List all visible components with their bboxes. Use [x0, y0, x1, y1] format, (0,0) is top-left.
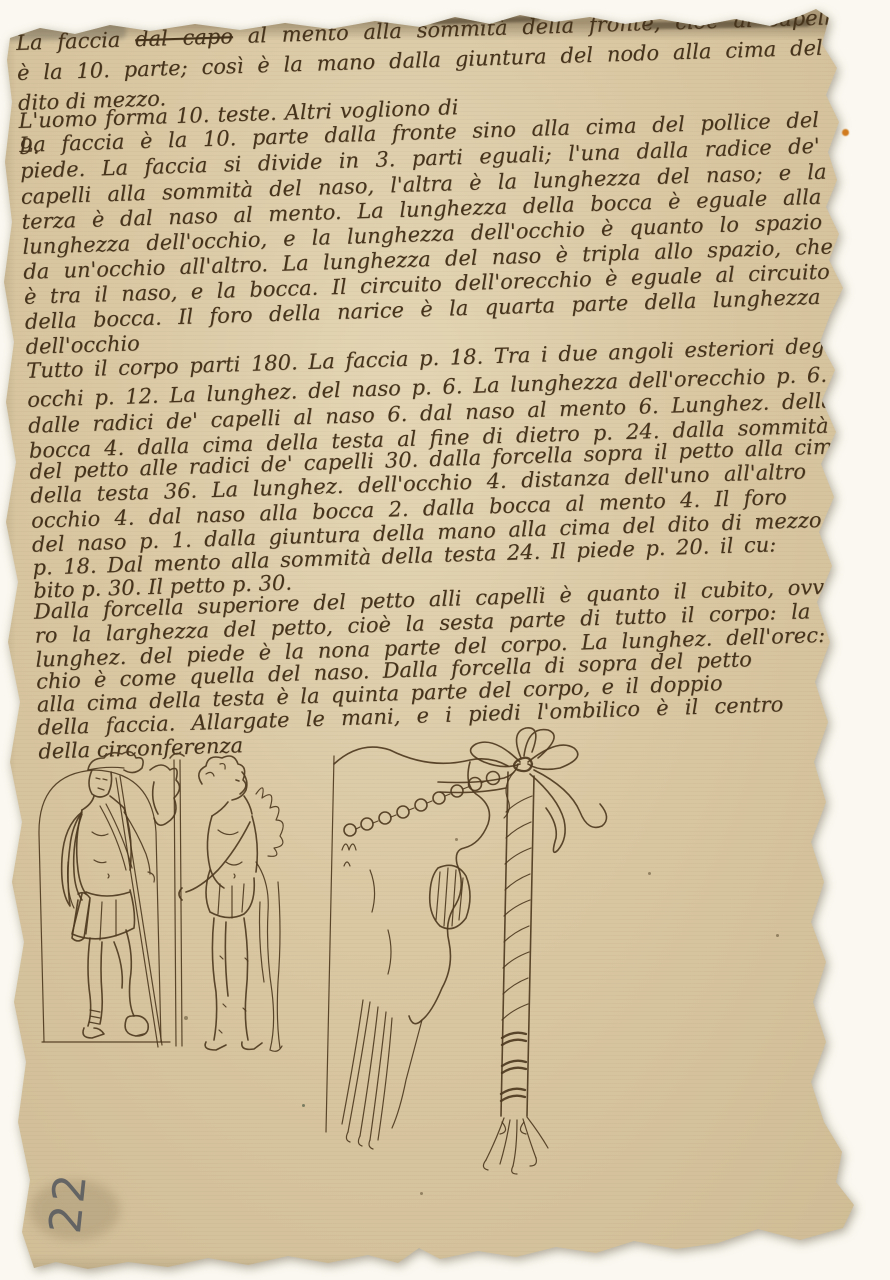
two-standing-figures-sketch — [30, 742, 315, 1077]
torn-edge-shadow-right — [860, 0, 890, 1280]
paper-sheet-wrap: La faccia dal capo al mento alla sommità… — [0, 0, 890, 1280]
pencil-page-number: 22 — [40, 1151, 99, 1236]
foxing-speck — [776, 934, 779, 937]
foxing-speck — [648, 872, 651, 875]
struck-text: dal capo — [135, 24, 234, 51]
line1-pre: La faccia — [16, 27, 136, 55]
paper-sheet: La faccia dal capo al mento alla sommità… — [0, 0, 890, 1280]
scanned-manuscript-page: { "document": { "page_number_pencil": "2… — [0, 0, 890, 1280]
orange-stain-dot — [842, 129, 849, 136]
hanging-pelt-and-wrapped-pole-sketch — [318, 720, 623, 1180]
manuscript-text: La faccia dal capo al mento alla sommità… — [15, 0, 869, 780]
torn-edge-shadow-left — [0, 0, 16, 1280]
torn-edge-shadow-bottom — [0, 1254, 890, 1280]
foxing-speck — [420, 1192, 423, 1195]
foxing-speck — [302, 1104, 305, 1107]
